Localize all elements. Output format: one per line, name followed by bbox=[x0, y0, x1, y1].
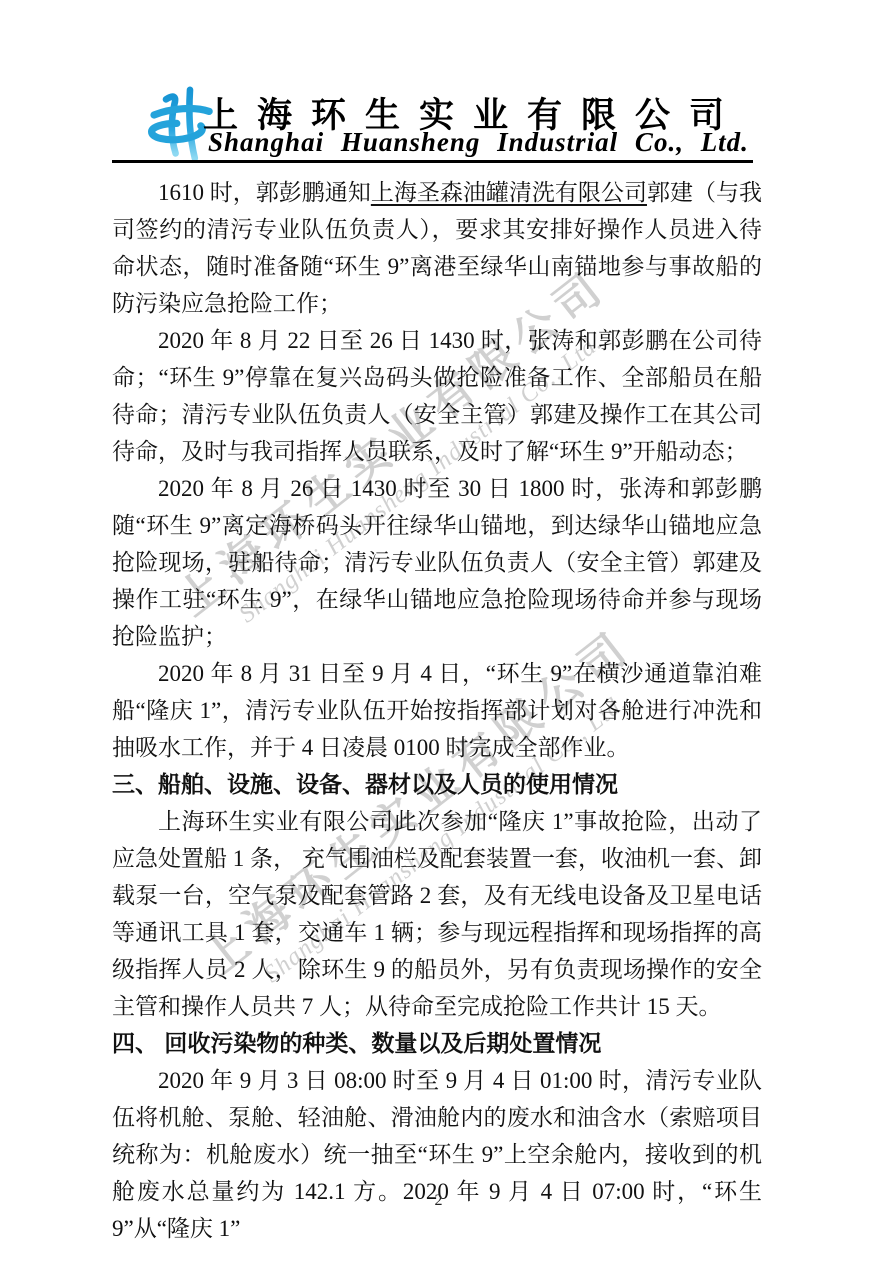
document-page: 上海环生实业有限公司 Shanghai Huansheng Industrial… bbox=[0, 0, 877, 1263]
company-name-en: Shanghai Huansheng Industrial Co., Ltd. bbox=[208, 127, 748, 158]
page-number: 2 bbox=[0, 1192, 877, 1210]
paragraph: 2020 年 8 月 22 日至 26 日 1430 时，张涛和郭彭鹏在公司待命… bbox=[112, 322, 762, 470]
paragraph: 2020 年 8 月 26 日 1430 时至 30 日 1800 时，张涛和郭… bbox=[112, 470, 762, 655]
section-heading-4: 四、 回收污染物的种类、数量以及后期处置情况 bbox=[112, 1025, 762, 1062]
paragraph: 2020 年 9 月 3 日 08:00 时至 9 月 4 日 01:00 时，… bbox=[112, 1062, 762, 1247]
letterhead: 上海环生实业有限公司 Shanghai Huansheng Industrial… bbox=[0, 0, 877, 170]
paragraph-text: 1610 时，郭彭鹏通知 bbox=[158, 180, 371, 205]
letterhead-rule bbox=[112, 160, 753, 163]
underlined-company-name: 上海圣森油罐清洗有限公司 bbox=[371, 180, 647, 205]
paragraph: 上海环生实业有限公司此次参加“隆庆 1”事故抢险，出动了应急处置船 1 条， 充… bbox=[112, 803, 762, 1025]
document-body: 1610 时，郭彭鹏通知上海圣森油罐清洗有限公司郭建（与我司签约的清污专业队伍负… bbox=[112, 174, 762, 1247]
section-heading-3: 三、船舶、设施、设备、器材以及人员的使用情况 bbox=[112, 766, 762, 803]
paragraph: 2020 年 8 月 31 日至 9 月 4 日，“环生 9”在横沙通道靠泊难船… bbox=[112, 655, 762, 766]
paragraph: 1610 时，郭彭鹏通知上海圣森油罐清洗有限公司郭建（与我司签约的清污专业队伍负… bbox=[112, 174, 762, 322]
